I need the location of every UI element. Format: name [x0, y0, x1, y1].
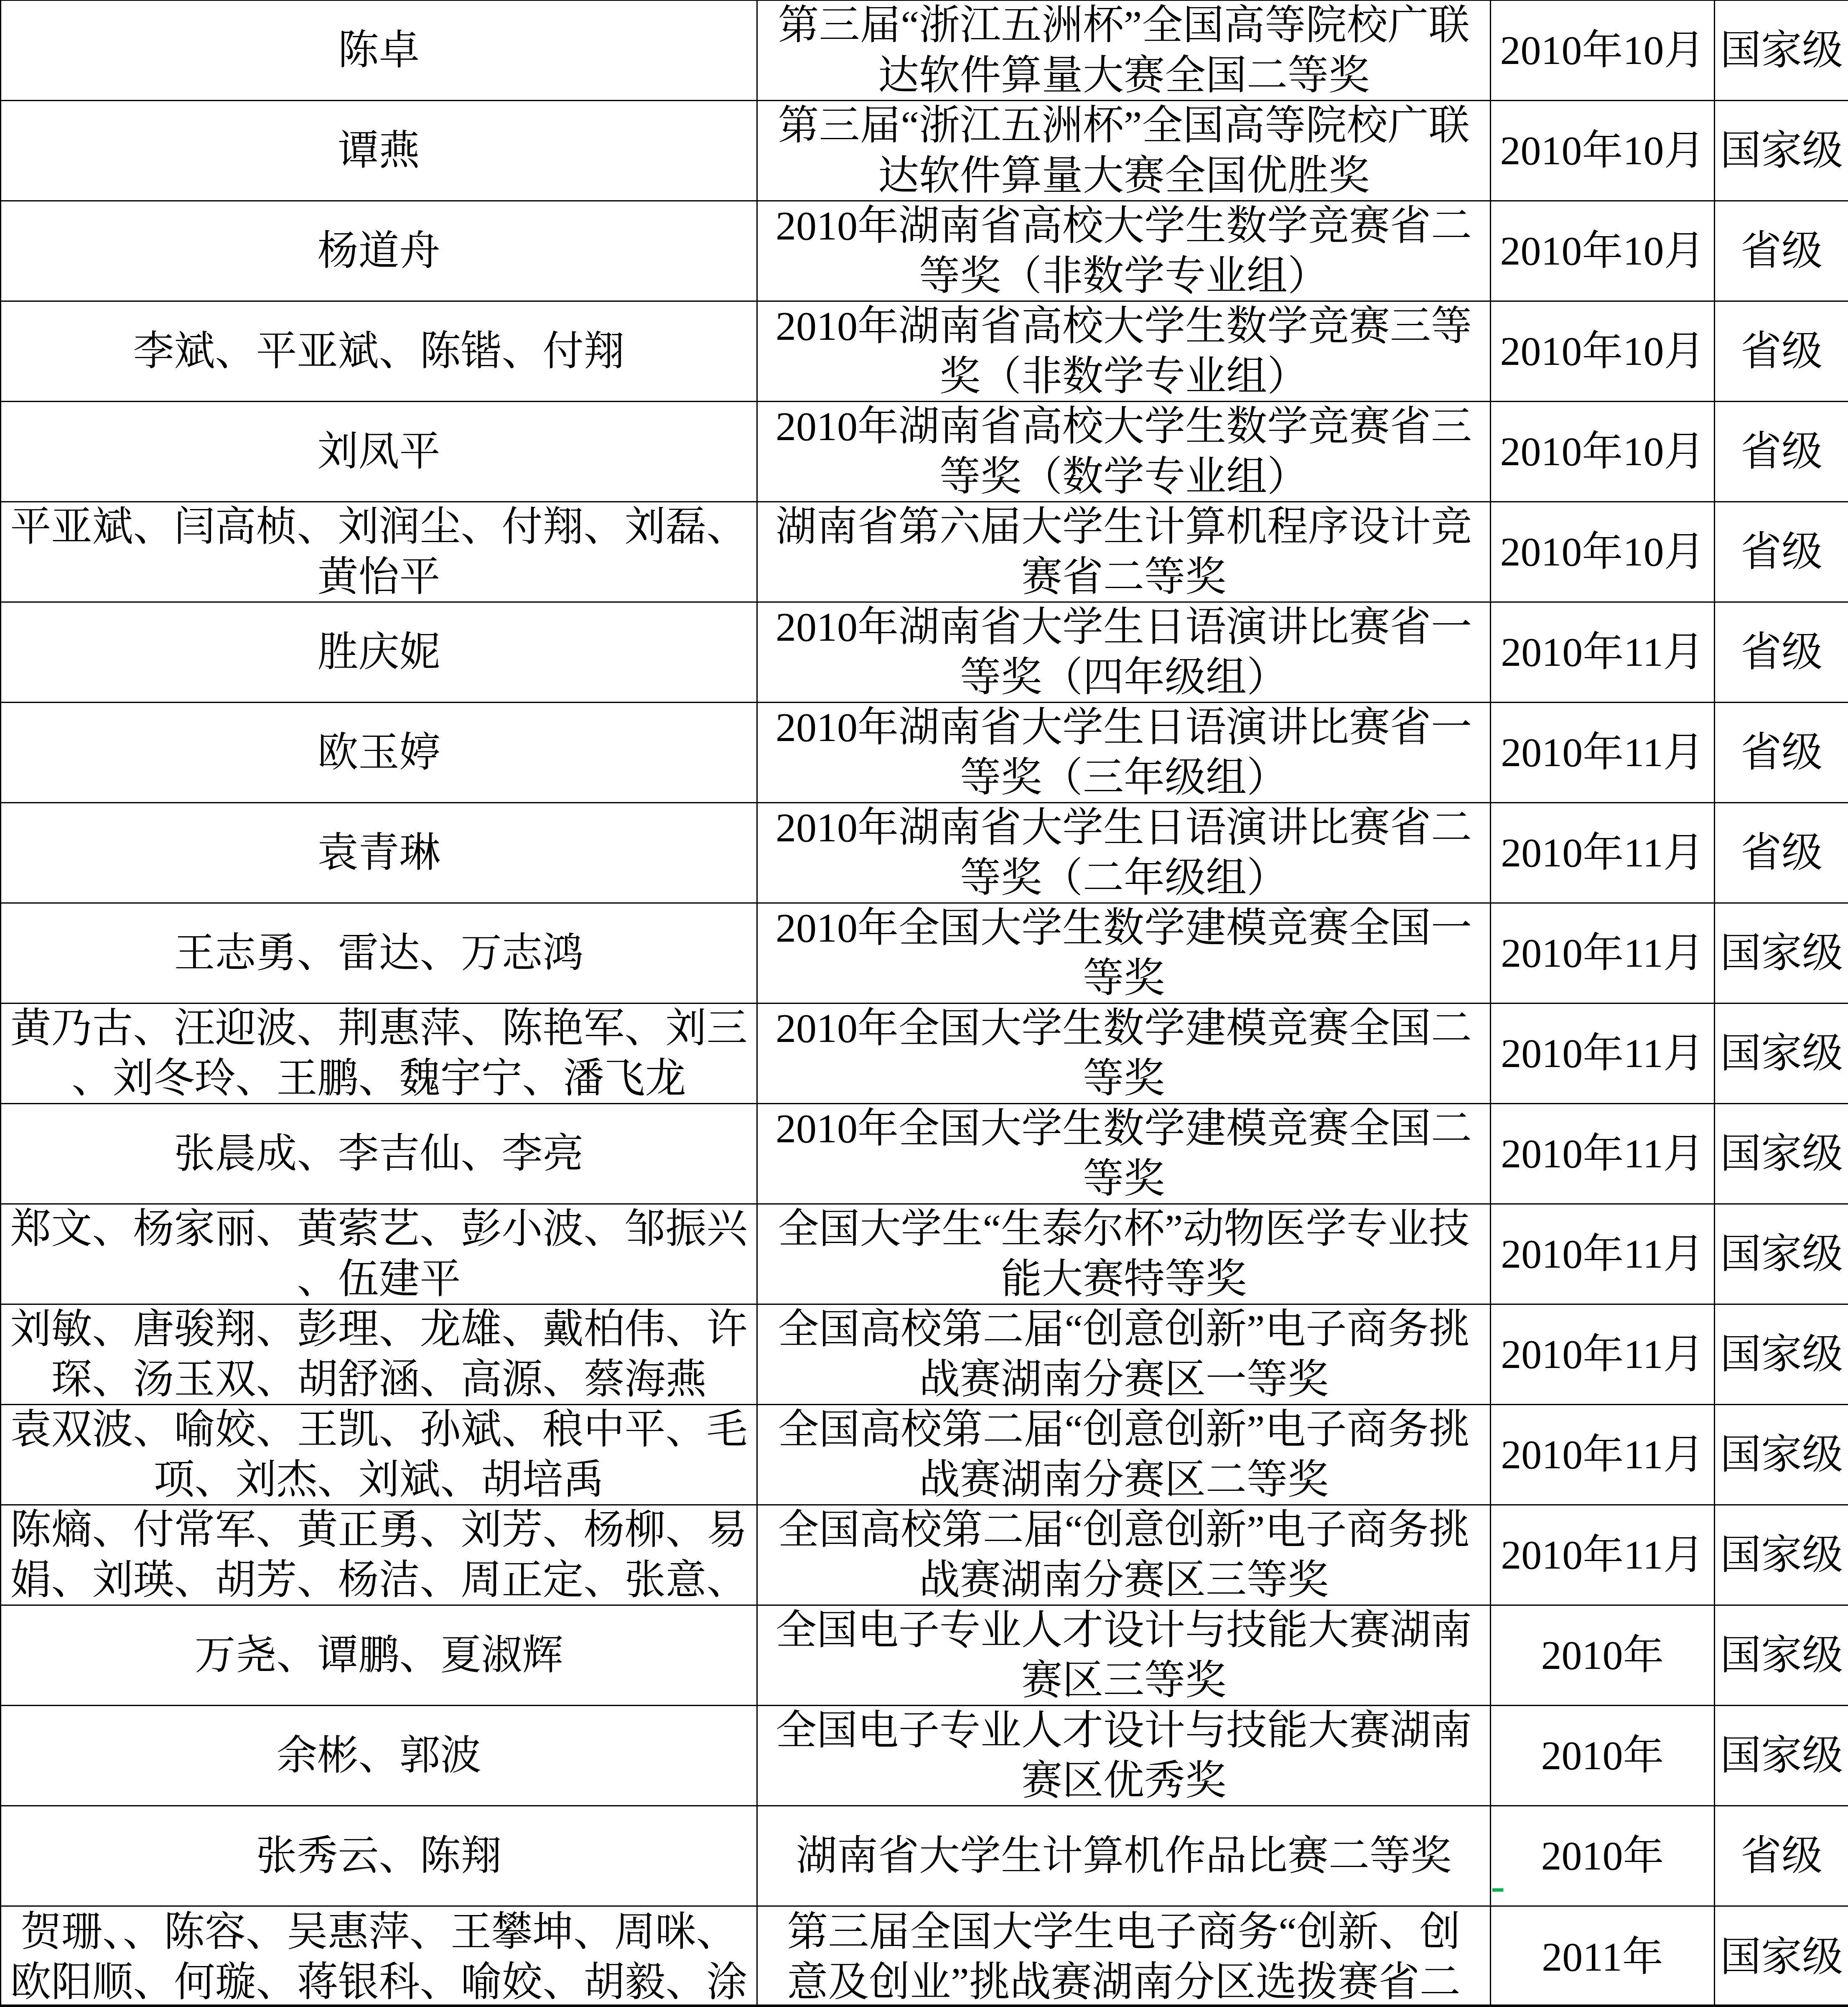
award-title: 2010年全国大学生数学建模竞赛全国一等奖 — [770, 904, 1477, 1003]
award-date: 2010年10月 — [1500, 527, 1705, 577]
award-date: 2010年 — [1541, 1731, 1664, 1781]
winner-names-cell: 谭燕 — [1, 101, 758, 201]
award-level: 国家级 — [1720, 1430, 1843, 1480]
award-level: 国家级 — [1720, 1229, 1843, 1279]
award-level: 国家级 — [1720, 1530, 1843, 1580]
award-title-cell: 第三届全国大学生电子商务“创新、创意及创业”挑战赛湖南分区选拨赛省二 — [758, 1907, 1491, 2007]
award-date-cell: 2010年11月 — [1491, 1004, 1715, 1104]
winner-names: 欧玉婷 — [317, 728, 440, 778]
award-date-cell: 2010年11月 — [1491, 1104, 1715, 1205]
award-title: 2010年湖南省高校大学生数学竞赛省三等奖（数学专业组） — [770, 402, 1477, 502]
award-date: 2010年11月 — [1501, 1430, 1704, 1480]
award-title-cell: 2010年全国大学生数学建模竞赛全国一等奖 — [758, 904, 1491, 1004]
winner-names-cell: 黄乃古、汪迎波、荆惠萍、陈艳军、刘三、刘冬玲、王鹏、魏宇宁、潘飞龙 — [1, 1004, 758, 1104]
award-title: 2010年湖南省高校大学生数学竞赛三等奖（非数学专业组） — [770, 302, 1477, 402]
winner-names-cell: 杨道舟 — [1, 201, 758, 302]
winner-names-cell: 贺珊、、陈容、吴惠萍、王攀坤、周咪、欧阳顺、何璇、蒋银科、喻姣、胡毅、涂 — [1, 1907, 758, 2007]
award-date-cell: 2010年 — [1491, 1806, 1715, 1907]
award-title: 2010年湖南省大学生日语演讲比赛省一等奖（四年级组） — [770, 603, 1477, 703]
green-mark-artifact — [1492, 1888, 1503, 1892]
award-title: 全国高校第二届“创意创新”电子商务挑战赛湖南分赛区一等奖 — [770, 1305, 1477, 1405]
award-date-cell: 2010年11月 — [1491, 904, 1715, 1004]
table-row: 刘敏、唐骏翔、彭理、龙雄、戴柏伟、许琛、汤玉双、胡舒涵、高源、蔡海燕 全国高校第… — [1, 1305, 1848, 1405]
award-date-cell: 2010年10月 — [1491, 302, 1715, 402]
award-level-cell: 省级 — [1715, 703, 1848, 803]
winner-names: 张晨成、李吉仙、李亮 — [174, 1129, 583, 1179]
winner-names-cell: 张秀云、陈翔 — [1, 1806, 758, 1907]
winner-names: 黄乃古、汪迎波、荆惠萍、陈艳军、刘三、刘冬玲、王鹏、魏宇宁、潘飞龙 — [10, 1004, 748, 1104]
award-date: 2011年 — [1542, 1932, 1663, 1982]
table-row: 余彬、郭波 全国电子专业人才设计与技能大赛湖南赛区优秀奖 2010年 国家级 — [1, 1706, 1848, 1806]
table-row: 胜庆妮 2010年湖南省大学生日语演讲比赛省一等奖（四年级组） 2010年11月… — [1, 603, 1848, 703]
award-date: 2010年11月 — [1501, 828, 1704, 878]
award-date: 2010年11月 — [1501, 728, 1704, 778]
table-row: 袁双波、喻姣、王凯、孙斌、稂中平、毛项、刘杰、刘斌、胡培禹 全国高校第二届“创意… — [1, 1405, 1848, 1505]
award-date: 2010年11月 — [1501, 627, 1704, 677]
winner-names: 郑文、杨家丽、黄萦艺、彭小波、邹振兴、伍建平 — [10, 1205, 748, 1304]
award-level: 国家级 — [1720, 1630, 1843, 1681]
award-date: 2010年10月 — [1500, 25, 1705, 76]
winner-names: 万尧、谭鹏、夏淑辉 — [194, 1630, 563, 1681]
winner-names: 袁青琳 — [317, 828, 440, 878]
award-level: 省级 — [1741, 828, 1823, 878]
award-date-cell: 2010年11月 — [1491, 803, 1715, 904]
award-level-cell: 省级 — [1715, 603, 1848, 703]
table-row: 贺珊、、陈容、吴惠萍、王攀坤、周咪、欧阳顺、何璇、蒋银科、喻姣、胡毅、涂 第三届… — [1, 1907, 1848, 2007]
award-date-cell: 2010年10月 — [1491, 201, 1715, 302]
award-date: 2010年11月 — [1501, 1229, 1704, 1279]
table-row: 刘凤平 2010年湖南省高校大学生数学竞赛省三等奖（数学专业组） 2010年10… — [1, 402, 1848, 502]
table-row: 郑文、杨家丽、黄萦艺、彭小波、邹振兴、伍建平 全国大学生“生泰尔杯”动物医学专业… — [1, 1205, 1848, 1305]
award-title: 全国高校第二届“创意创新”电子商务挑战赛湖南分赛区三等奖 — [770, 1505, 1477, 1605]
award-title-cell: 第三届“浙江五洲杯”全国高等院校广联达软件算量大赛全国优胜奖 — [758, 101, 1491, 201]
winner-names-cell: 陈卓 — [1, 1, 758, 101]
award-title-cell: 第三届“浙江五洲杯”全国高等院校广联达软件算量大赛全国二等奖 — [758, 1, 1491, 101]
award-level-cell: 国家级 — [1715, 1907, 1848, 2007]
award-level: 省级 — [1741, 1831, 1823, 1881]
award-title-cell: 2010年湖南省大学生日语演讲比赛省二等奖（二年级组） — [758, 803, 1491, 904]
award-level-cell: 国家级 — [1715, 1104, 1848, 1205]
winner-names: 平亚斌、闫高桢、刘润尘、付翔、刘磊、黄怡平 — [10, 502, 748, 602]
award-date: 2010年10月 — [1500, 427, 1705, 477]
award-title-cell: 全国电子专业人才设计与技能大赛湖南赛区三等奖 — [758, 1606, 1491, 1706]
table-row: 张晨成、李吉仙、李亮 2010年全国大学生数学建模竞赛全国二等奖 2010年11… — [1, 1104, 1848, 1205]
award-level: 国家级 — [1720, 1330, 1843, 1380]
award-date-cell: 2010年11月 — [1491, 1405, 1715, 1505]
award-level: 国家级 — [1720, 1932, 1843, 1982]
award-date-cell: 2010年 — [1491, 1606, 1715, 1706]
award-level: 国家级 — [1720, 928, 1843, 978]
award-level-cell: 国家级 — [1715, 1305, 1848, 1405]
winner-names: 刘凤平 — [317, 427, 440, 477]
award-level-cell: 国家级 — [1715, 101, 1848, 201]
award-level-cell: 国家级 — [1715, 1004, 1848, 1104]
table-row: 杨道舟 2010年湖南省高校大学生数学竞赛省二等奖（非数学专业组） 2010年1… — [1, 201, 1848, 302]
winner-names-cell: 刘凤平 — [1, 402, 758, 502]
award-title-cell: 全国高校第二届“创意创新”电子商务挑战赛湖南分赛区三等奖 — [758, 1505, 1491, 1606]
award-date: 2010年10月 — [1500, 326, 1705, 377]
winner-names-cell: 张晨成、李吉仙、李亮 — [1, 1104, 758, 1205]
award-level-cell: 国家级 — [1715, 1405, 1848, 1505]
award-date-cell: 2010年10月 — [1491, 101, 1715, 201]
award-title-cell: 2010年全国大学生数学建模竞赛全国二等奖 — [758, 1104, 1491, 1205]
award-level: 省级 — [1741, 326, 1823, 377]
table-row: 万尧、谭鹏、夏淑辉 全国电子专业人才设计与技能大赛湖南赛区三等奖 2010年 国… — [1, 1606, 1848, 1706]
award-title-cell: 2010年湖南省高校大学生数学竞赛省二等奖（非数学专业组） — [758, 201, 1491, 302]
table-row: 欧玉婷 2010年湖南省大学生日语演讲比赛省一等奖（三年级组） 2010年11月… — [1, 703, 1848, 803]
winner-names-cell: 袁双波、喻姣、王凯、孙斌、稂中平、毛项、刘杰、刘斌、胡培禹 — [1, 1405, 758, 1505]
winner-names-cell: 余彬、郭波 — [1, 1706, 758, 1806]
award-date: 2010年 — [1541, 1630, 1664, 1681]
winner-names: 贺珊、、陈容、吴惠萍、王攀坤、周咪、欧阳顺、何璇、蒋银科、喻姣、胡毅、涂 — [10, 1907, 748, 2007]
award-date-cell: 2010年10月 — [1491, 1, 1715, 101]
award-level: 省级 — [1741, 427, 1823, 477]
award-level-cell: 省级 — [1715, 402, 1848, 502]
award-date-cell: 2010年10月 — [1491, 502, 1715, 603]
table-row: 李斌、平亚斌、陈锴、付翔 2010年湖南省高校大学生数学竞赛三等奖（非数学专业组… — [1, 302, 1848, 402]
award-level: 国家级 — [1720, 126, 1843, 176]
award-title: 全国电子专业人才设计与技能大赛湖南赛区三等奖 — [770, 1606, 1477, 1706]
winner-names-cell: 欧玉婷 — [1, 703, 758, 803]
award-title-cell: 全国高校第二届“创意创新”电子商务挑战赛湖南分赛区二等奖 — [758, 1405, 1491, 1505]
table-row: 陈熵、付常军、黄正勇、刘芳、杨柳、易娟、刘瑛、胡芳、杨洁、周正定、张意、 全国高… — [1, 1505, 1848, 1606]
award-level-cell: 省级 — [1715, 302, 1848, 402]
award-level-cell: 省级 — [1715, 1806, 1848, 1907]
award-level-cell: 省级 — [1715, 502, 1848, 603]
award-level: 省级 — [1741, 226, 1823, 276]
award-date-cell: 2010年11月 — [1491, 703, 1715, 803]
award-title: 2010年全国大学生数学建模竞赛全国二等奖 — [770, 1104, 1477, 1204]
table-row: 王志勇、雷达、万志鸿 2010年全国大学生数学建模竞赛全国一等奖 2010年11… — [1, 904, 1848, 1004]
award-level-cell: 省级 — [1715, 201, 1848, 302]
award-title-cell: 2010年湖南省高校大学生数学竞赛三等奖（非数学专业组） — [758, 302, 1491, 402]
award-date-cell: 2010年11月 — [1491, 603, 1715, 703]
table-row: 张秀云、陈翔 湖南省大学生计算机作品比赛二等奖 2010年 省级 — [1, 1806, 1848, 1907]
award-title-cell: 2010年湖南省高校大学生数学竞赛省三等奖（数学专业组） — [758, 402, 1491, 502]
award-level: 国家级 — [1720, 1731, 1843, 1781]
page-bottom-cut-border — [1, 2004, 1848, 2007]
award-level: 省级 — [1741, 627, 1823, 677]
awards-table-page: 陈卓 第三届“浙江五洲杯”全国高等院校广联达软件算量大赛全国二等奖 2010年1… — [0, 0, 1848, 2007]
winner-names-cell: 陈熵、付常军、黄正勇、刘芳、杨柳、易娟、刘瑛、胡芳、杨洁、周正定、张意、 — [1, 1505, 758, 1606]
award-date: 2010年10月 — [1500, 226, 1705, 276]
award-date-cell: 2010年11月 — [1491, 1305, 1715, 1405]
award-level-cell: 国家级 — [1715, 1606, 1848, 1706]
winner-names: 刘敏、唐骏翔、彭理、龙雄、戴柏伟、许琛、汤玉双、胡舒涵、高源、蔡海燕 — [10, 1305, 748, 1405]
award-level: 省级 — [1741, 527, 1823, 577]
award-title: 全国大学生“生泰尔杯”动物医学专业技能大赛特等奖 — [770, 1205, 1477, 1304]
award-date: 2010年11月 — [1501, 1129, 1704, 1179]
winner-names: 余彬、郭波 — [276, 1731, 481, 1781]
table-row: 黄乃古、汪迎波、荆惠萍、陈艳军、刘三、刘冬玲、王鹏、魏宇宁、潘飞龙 2010年全… — [1, 1004, 1848, 1104]
award-title-cell: 2010年全国大学生数学建模竞赛全国二等奖 — [758, 1004, 1491, 1104]
award-date: 2010年11月 — [1501, 1530, 1704, 1580]
winner-names-cell: 刘敏、唐骏翔、彭理、龙雄、戴柏伟、许琛、汤玉双、胡舒涵、高源、蔡海燕 — [1, 1305, 758, 1405]
award-title: 全国高校第二届“创意创新”电子商务挑战赛湖南分赛区二等奖 — [770, 1405, 1477, 1505]
winner-names: 李斌、平亚斌、陈锴、付翔 — [133, 326, 624, 377]
award-title-cell: 2010年湖南省大学生日语演讲比赛省一等奖（三年级组） — [758, 703, 1491, 803]
award-date-cell: 2010年 — [1491, 1706, 1715, 1806]
award-level-cell: 省级 — [1715, 803, 1848, 904]
award-date-cell: 2010年10月 — [1491, 402, 1715, 502]
award-title: 第三届“浙江五洲杯”全国高等院校广联达软件算量大赛全国优胜奖 — [770, 101, 1477, 201]
winner-names: 陈熵、付常军、黄正勇、刘芳、杨柳、易娟、刘瑛、胡芳、杨洁、周正定、张意、 — [10, 1505, 748, 1605]
table-row: 袁青琳 2010年湖南省大学生日语演讲比赛省二等奖（二年级组） 2010年11月… — [1, 803, 1848, 904]
award-level-cell: 国家级 — [1715, 1205, 1848, 1305]
winner-names: 胜庆妮 — [317, 627, 440, 677]
award-title-cell: 湖南省大学生计算机作品比赛二等奖 — [758, 1806, 1491, 1907]
award-date: 2010年11月 — [1501, 1029, 1704, 1079]
award-title: 2010年全国大学生数学建模竞赛全国二等奖 — [770, 1004, 1477, 1104]
award-title: 湖南省第六届大学生计算机程序设计竞赛省二等奖 — [770, 502, 1477, 602]
awards-table: 陈卓 第三届“浙江五洲杯”全国高等院校广联达软件算量大赛全国二等奖 2010年1… — [1, 1, 1848, 2007]
award-date: 2010年 — [1541, 1831, 1664, 1881]
award-title: 第三届“浙江五洲杯”全国高等院校广联达软件算量大赛全国二等奖 — [770, 1, 1477, 101]
award-title-cell: 全国电子专业人才设计与技能大赛湖南赛区优秀奖 — [758, 1706, 1491, 1806]
award-title-cell: 全国大学生“生泰尔杯”动物医学专业技能大赛特等奖 — [758, 1205, 1491, 1305]
table-row: 陈卓 第三届“浙江五洲杯”全国高等院校广联达软件算量大赛全国二等奖 2010年1… — [1, 1, 1848, 101]
winner-names: 谭燕 — [338, 126, 420, 176]
winner-names-cell: 王志勇、雷达、万志鸿 — [1, 904, 758, 1004]
award-level: 国家级 — [1720, 25, 1843, 76]
award-level: 国家级 — [1720, 1029, 1843, 1079]
award-level-cell: 国家级 — [1715, 904, 1848, 1004]
award-title: 第三届全国大学生电子商务“创新、创意及创业”挑战赛湖南分区选拨赛省二 — [770, 1907, 1477, 2007]
winner-names: 张秀云、陈翔 — [256, 1831, 501, 1881]
award-date: 2010年11月 — [1501, 1330, 1704, 1380]
winner-names-cell: 郑文、杨家丽、黄萦艺、彭小波、邹振兴、伍建平 — [1, 1205, 758, 1305]
award-level-cell: 国家级 — [1715, 1505, 1848, 1606]
award-date: 2010年10月 — [1500, 126, 1705, 176]
award-date-cell: 2011年 — [1491, 1907, 1715, 2007]
award-date-cell: 2010年11月 — [1491, 1205, 1715, 1305]
award-level-cell: 国家级 — [1715, 1706, 1848, 1806]
award-date: 2010年11月 — [1501, 928, 1704, 978]
winner-names-cell: 胜庆妮 — [1, 603, 758, 703]
award-title: 2010年湖南省大学生日语演讲比赛省二等奖（二年级组） — [770, 803, 1477, 903]
award-level: 省级 — [1741, 728, 1823, 778]
winner-names: 袁双波、喻姣、王凯、孙斌、稂中平、毛项、刘杰、刘斌、胡培禹 — [10, 1405, 748, 1505]
winner-names: 杨道舟 — [317, 226, 440, 276]
table-row: 谭燕 第三届“浙江五洲杯”全国高等院校广联达软件算量大赛全国优胜奖 2010年1… — [1, 101, 1848, 201]
winner-names-cell: 李斌、平亚斌、陈锴、付翔 — [1, 302, 758, 402]
award-title-cell: 2010年湖南省大学生日语演讲比赛省一等奖（四年级组） — [758, 603, 1491, 703]
award-level: 国家级 — [1720, 1129, 1843, 1179]
award-title: 2010年湖南省高校大学生数学竞赛省二等奖（非数学专业组） — [770, 201, 1477, 301]
award-title: 湖南省大学生计算机作品比赛二等奖 — [796, 1831, 1451, 1881]
award-title: 全国电子专业人才设计与技能大赛湖南赛区优秀奖 — [770, 1706, 1477, 1806]
winner-names-cell: 袁青琳 — [1, 803, 758, 904]
winner-names: 陈卓 — [338, 25, 420, 76]
award-level-cell: 国家级 — [1715, 1, 1848, 101]
award-title-cell: 全国高校第二届“创意创新”电子商务挑战赛湖南分赛区一等奖 — [758, 1305, 1491, 1405]
award-title: 2010年湖南省大学生日语演讲比赛省一等奖（三年级组） — [770, 703, 1477, 803]
winner-names-cell: 平亚斌、闫高桢、刘润尘、付翔、刘磊、黄怡平 — [1, 502, 758, 603]
award-date-cell: 2010年11月 — [1491, 1505, 1715, 1606]
award-title-cell: 湖南省第六届大学生计算机程序设计竞赛省二等奖 — [758, 502, 1491, 603]
winner-names-cell: 万尧、谭鹏、夏淑辉 — [1, 1606, 758, 1706]
table-row: 平亚斌、闫高桢、刘润尘、付翔、刘磊、黄怡平 湖南省第六届大学生计算机程序设计竞赛… — [1, 502, 1848, 603]
winner-names: 王志勇、雷达、万志鸿 — [174, 928, 583, 978]
